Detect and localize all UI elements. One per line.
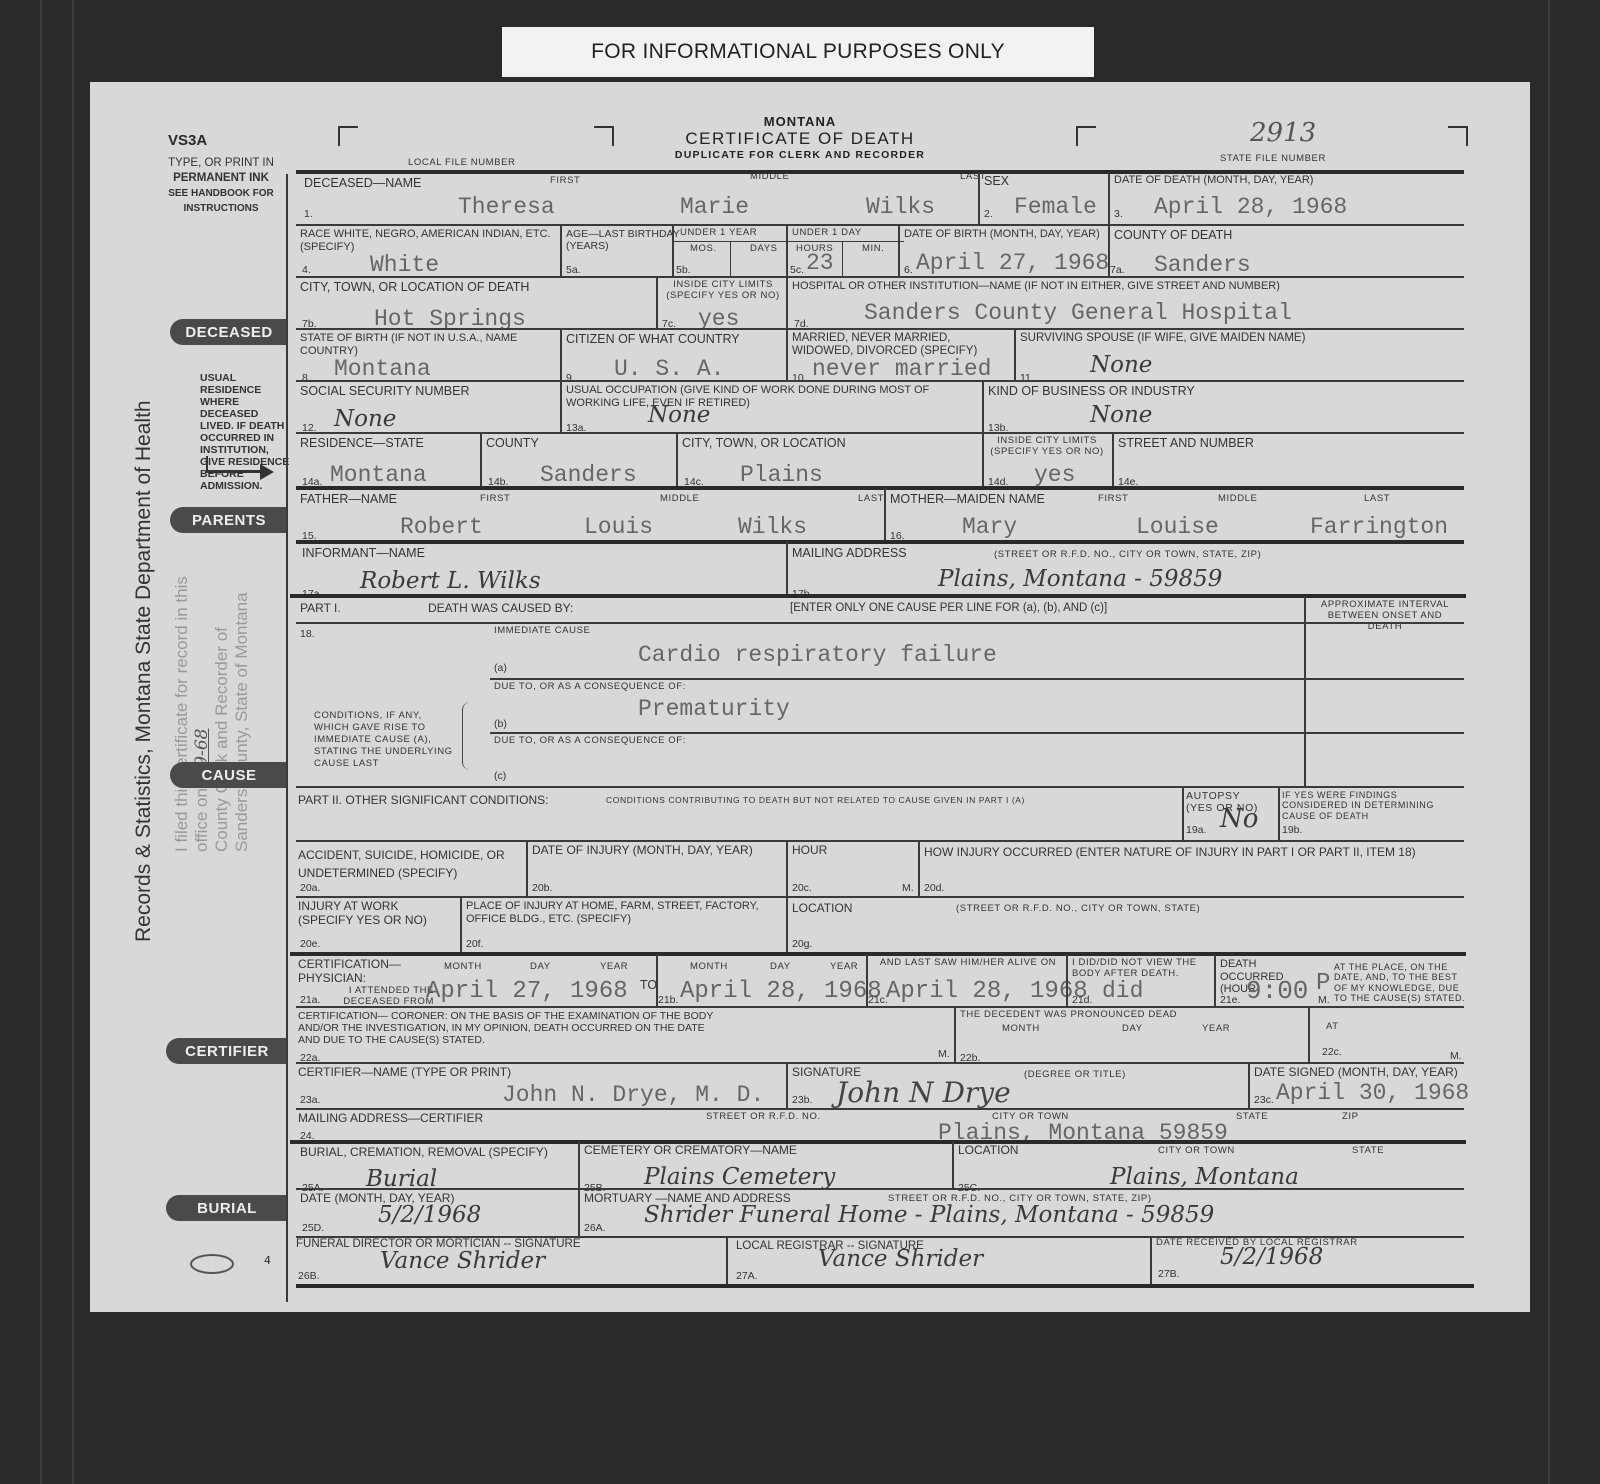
background-seam [1548,0,1550,1484]
business-label: KIND OF BUSINESS OR INDUSTRY [988,384,1195,398]
mother-first: Mary [962,514,1017,540]
brace [462,702,471,770]
certificate-title: CERTIFICATE OF DEATH [600,129,1000,149]
surviving-spouse-label: SURVIVING SPOUSE (IF WIFE, GIVE MAIDEN N… [1020,332,1305,345]
surviving-spouse-value: None [1090,352,1152,378]
location-hint: (STREET OR R.F.D. NO., CITY OR TOWN, STA… [956,904,1200,915]
citizen-value: U. S. A. [614,356,724,382]
inside-city-limits-label: INSIDE CITY LIMITS (SPECIFY YES OR NO) [660,280,786,302]
accident-label: ACCIDENT, SUICIDE, HOMICIDE, OR UNDETERM… [298,846,528,882]
corner-mark [1448,126,1468,146]
informant-label: INFORMANT—NAME [302,546,425,560]
street-label: STREET AND NUMBER [1118,436,1254,450]
attended-label: I ATTENDED THE DECEASED FROM [334,986,434,1008]
residence-inside-limits-label: INSIDE CITY LIMITS (SPECIFY YES OR NO) [986,436,1108,458]
one-cause-label: [ENTER ONLY ONE CAUSE PER LINE FOR (a), … [790,602,1107,615]
day-label: DAY [770,962,791,973]
middle-label: MIDDLE [660,494,700,505]
minutes-label: MIN. [862,244,884,255]
hospital-label: HOSPITAL OR OTHER INSTITUTION—NAME (IF N… [792,280,1280,293]
ssn-label: SOCIAL SECURITY NUMBER [300,384,469,398]
county-of-death-label: COUNTY OF DEATH [1114,228,1232,242]
days-label: DAYS [750,244,778,255]
section-tab-parents: PARENTS [170,507,288,533]
cause-a-value: Cardio respiratory failure [638,642,997,668]
zip-label: ZIP [1342,1112,1359,1123]
certificate-subtitle: DUPLICATE FOR CLERK AND RECORDER [600,149,1000,161]
state-of-birth-value: Montana [334,356,431,382]
mortuary-value: Shrider Funeral Home - Plains, Montana -… [644,1202,1214,1228]
coroner-certification-label: CERTIFICATION— CORONER: ON THE BASIS OF … [298,1010,718,1046]
page-number: 4 [264,1254,271,1267]
under-1-day-label: UNDER 1 DAY [792,228,862,239]
state-file-number: 2913 [1250,118,1316,148]
last-saw-value: April 28, 1968 [886,978,1088,1005]
department-vertical-text: Records & Statistics, Montana State Depa… [132,400,156,942]
pronounced-dead-label: THE DECEDENT WAS PRONOUNCED DEAD [960,1010,1177,1021]
occupation-label: USUAL OCCUPATION (GIVE KIND OF WORK DONE… [566,384,986,409]
injury-location-label: LOCATION [792,902,852,916]
at-label: AT [1326,1022,1339,1033]
death-certificate: VS3A TYPE, OR PRINT IN PERMANENT INK SEE… [90,82,1530,1312]
knowledge-statement: AT THE PLACE, ON THE DATE, AND, TO THE B… [1334,962,1468,1003]
county-of-death-value: Sanders [1154,252,1251,278]
months-label: MOS. [690,244,717,255]
cemetery-label: CEMETERY OR CREMATORY—NAME [584,1144,797,1158]
first-label: FIRST [1098,494,1128,505]
last-label: LAST [960,172,986,183]
dob-label: DATE OF BIRTH (MONTH, DAY, YEAR) [904,228,1104,241]
due-to-label: DUE TO, OR AS A CONSEQUENCE OF: [494,682,686,693]
month-label: MONTH [1002,1024,1040,1035]
mother-middle: Louise [1136,514,1219,540]
date-signed-label: DATE SIGNED (MONTH, DAY, YEAR) [1254,1066,1458,1080]
certifier-mailing-label: MAILING ADDRESS—CERTIFIER [298,1112,483,1126]
degree-label: (DEGREE OR TITLE) [1024,1070,1126,1081]
viewed-body-label: I DID/DID NOT VIEW THE BODY AFTER DEATH. [1072,958,1212,980]
state-label: STATE [1352,1146,1384,1157]
day-label: DAY [1122,1024,1143,1035]
section-tab-deceased: DECEASED [170,319,288,345]
part2-hint: CONDITIONS CONTRIBUTING TO DEATH BUT NOT… [606,796,1025,806]
form-instructions: TYPE, OR PRINT IN PERMANENT INK SEE HAND… [146,156,296,216]
father-middle: Louis [584,514,653,540]
death-ampm-value: P [1316,970,1330,997]
deceased-first-name: Theresa [458,194,555,220]
first-label: FIRST [550,176,580,187]
hospital-value: Sanders County General Hospital [864,300,1292,326]
arrow-icon [206,470,262,473]
local-file-label: LOCAL FILE NUMBER [408,158,516,169]
sex-label: SEX [984,174,1009,188]
funeral-director-signature: Vance Shrider [380,1248,545,1274]
date-received-value: 5/2/1968 [1220,1244,1323,1270]
city-label: CITY OR TOWN [1158,1146,1235,1157]
date-of-death-label: DATE OF DEATH (MONTH, DAY, YEAR) [1114,174,1313,187]
mother-label: MOTHER—MAIDEN NAME [890,492,1045,506]
date-signed-value: April 30, 1968 [1276,1080,1469,1106]
father-first: Robert [400,514,483,540]
age-label: AGE—LAST BIRTHDAY (YEARS) [566,228,686,252]
cemetery-value: Plains Cemetery [644,1164,835,1190]
informant-value: Robert L. Wilks [360,568,541,594]
interval-label: APPROXIMATE INTERVAL BETWEEN ONSET AND D… [1310,600,1460,633]
informational-banner: FOR INFORMATIONAL PURPOSES ONLY [502,27,1094,77]
mother-last: Farrington [1310,514,1448,540]
date-of-death-value: April 28, 1968 [1154,194,1347,220]
age-hours-value: 23 [806,250,834,276]
attended-from-value: April 27, 1968 [426,978,628,1005]
hour-label: HOUR [792,844,827,858]
last-label: LAST [858,494,884,505]
certificate-title-block: MONTANA CERTIFICATE OF DEATH DUPLICATE F… [600,114,1000,161]
autopsy-value: No [1220,804,1258,834]
occupation-value: None [648,402,710,428]
how-injury-label: HOW INJURY OCCURRED (ENTER NATURE OF INJ… [924,846,1416,860]
informant-mailing-label: MAILING ADDRESS [792,546,907,560]
form-frame-left [286,174,288,1302]
place-of-injury-label: PLACE OF INJURY AT HOME, FARM, STREET, F… [466,900,784,925]
residence-state-value: Montana [330,462,427,488]
name-label: DECEASED—NAME [304,176,421,190]
city-of-death-label: CITY, TOWN, OR LOCATION OF DEATH [300,280,529,294]
arrow-icon [260,464,274,480]
residence-city-value: Plains [740,462,823,488]
citizen-label: CITIZEN OF WHAT COUNTRY [566,332,740,346]
father-label: FATHER—NAME [300,492,397,506]
last-label: LAST [1364,494,1390,505]
burial-date-value: 5/2/1968 [378,1202,481,1228]
day-label: DAY [530,962,551,973]
corner-mark [1076,126,1096,146]
father-last: Wilks [738,514,807,540]
residence-state-label: RESIDENCE—STATE [300,436,424,450]
marital-status-label: MARRIED, NEVER MARRIED, WIDOWED, DIVORCE… [792,332,1012,358]
attended-to-value: April 28, 1968 [680,978,882,1005]
background-seam [40,0,42,1484]
burial-location-label: LOCATION [958,1144,1018,1158]
mailing-hint: (STREET OR R.F.D. NO., CITY OR TOWN, STA… [994,550,1261,561]
viewed-body-value: did [1102,978,1143,1004]
part1-label: PART I. [300,602,341,616]
death-hour-value: 9:00 [1246,976,1308,1006]
state-of-birth-label: STATE OF BIRTH (IF NOT IN U.S.A., NAME C… [300,332,560,357]
registrar-signature: Vance Shrider [818,1246,983,1272]
residence-note: USUAL RESIDENCE WHERE DECEASED LIVED. IF… [200,372,295,492]
part2-label: PART II. OTHER SIGNIFICANT CONDITIONS: [298,794,548,808]
under-1-year-label: UNDER 1 YEAR [680,228,757,239]
business-value: None [1090,402,1152,428]
burial-location-value: Plains, Montana [1110,1164,1299,1190]
immediate-cause-label: IMMEDIATE CAUSE [494,626,590,637]
form-id: VS3A [168,132,207,149]
residence-inside-limits-value: yes [1034,462,1075,488]
certifier-name-value: John N. Drye, M. D. [502,1082,764,1108]
middle-label: MIDDLE [1218,494,1258,505]
section-tab-cause: CAUSE [170,762,288,788]
state-file-label: STATE FILE NUMBER [1220,154,1326,165]
dob-value: April 27, 1968 [916,250,1109,276]
ssn-value: None [334,406,396,432]
informant-mailing-value: Plains, Montana - 59859 [938,566,1222,592]
certifier-signature: John N Drye [836,1076,1011,1109]
race-label: RACE WHITE, NEGRO, AMERICAN INDIAN, ETC.… [300,228,560,253]
section-tab-certifier: CERTIFIER [166,1038,288,1064]
state-title: MONTANA [600,114,1000,129]
recorder-stamp: I filed this certificate for record in t… [172,576,252,852]
deceased-last-name: Wilks [866,194,935,220]
section-tab-burial: BURIAL [166,1195,288,1221]
race-value: White [370,252,439,278]
due-to-label: DUE TO, OR AS A CONSEQUENCE OF: [494,736,686,747]
sex-value: Female [1014,194,1097,220]
deceased-middle-name: Marie [680,194,749,220]
month-label: MONTH [690,962,728,973]
middle-label: MIDDLE [750,172,790,183]
certifier-name-label: CERTIFIER—NAME (TYPE OR PRINT) [298,1066,511,1080]
year-label: YEAR [600,962,628,973]
state-label: STATE [1236,1112,1268,1123]
caused-by-label: DEATH WAS CAUSED BY: [428,602,573,616]
residence-county-value: Sanders [540,462,637,488]
findings-label: IF YES WERE FINDINGS CONSIDERED IN DETER… [1282,790,1466,821]
last-saw-label: AND LAST SAW HIM/HER ALIVE ON [870,958,1066,969]
year-label: YEAR [830,962,858,973]
first-label: FIRST [480,494,510,505]
injury-date-label: DATE OF INJURY (MONTH, DAY, YEAR) [532,844,753,858]
year-label: YEAR [1202,1024,1230,1035]
to-label: TO [640,978,657,992]
street-label: STREET OR R.F.D. NO. [706,1112,821,1123]
cause-b-value: Prematurity [638,696,790,722]
month-label: MONTH [444,962,482,973]
disposition-label: BURIAL, CREMATION, REMOVAL (SPECIFY) [300,1146,548,1160]
marital-status-value: never married [812,356,991,382]
background-seam [72,0,74,1484]
injury-at-work-label: INJURY AT WORK (SPECIFY YES OR NO) [298,900,448,928]
conditions-label: CONDITIONS, IF ANY, WHICH GAVE RISE TO I… [314,710,454,770]
union-label-logo [190,1254,234,1274]
residence-city-label: CITY, TOWN, OR LOCATION [682,436,846,450]
corner-mark [338,126,358,146]
residence-county-label: COUNTY [486,436,539,450]
